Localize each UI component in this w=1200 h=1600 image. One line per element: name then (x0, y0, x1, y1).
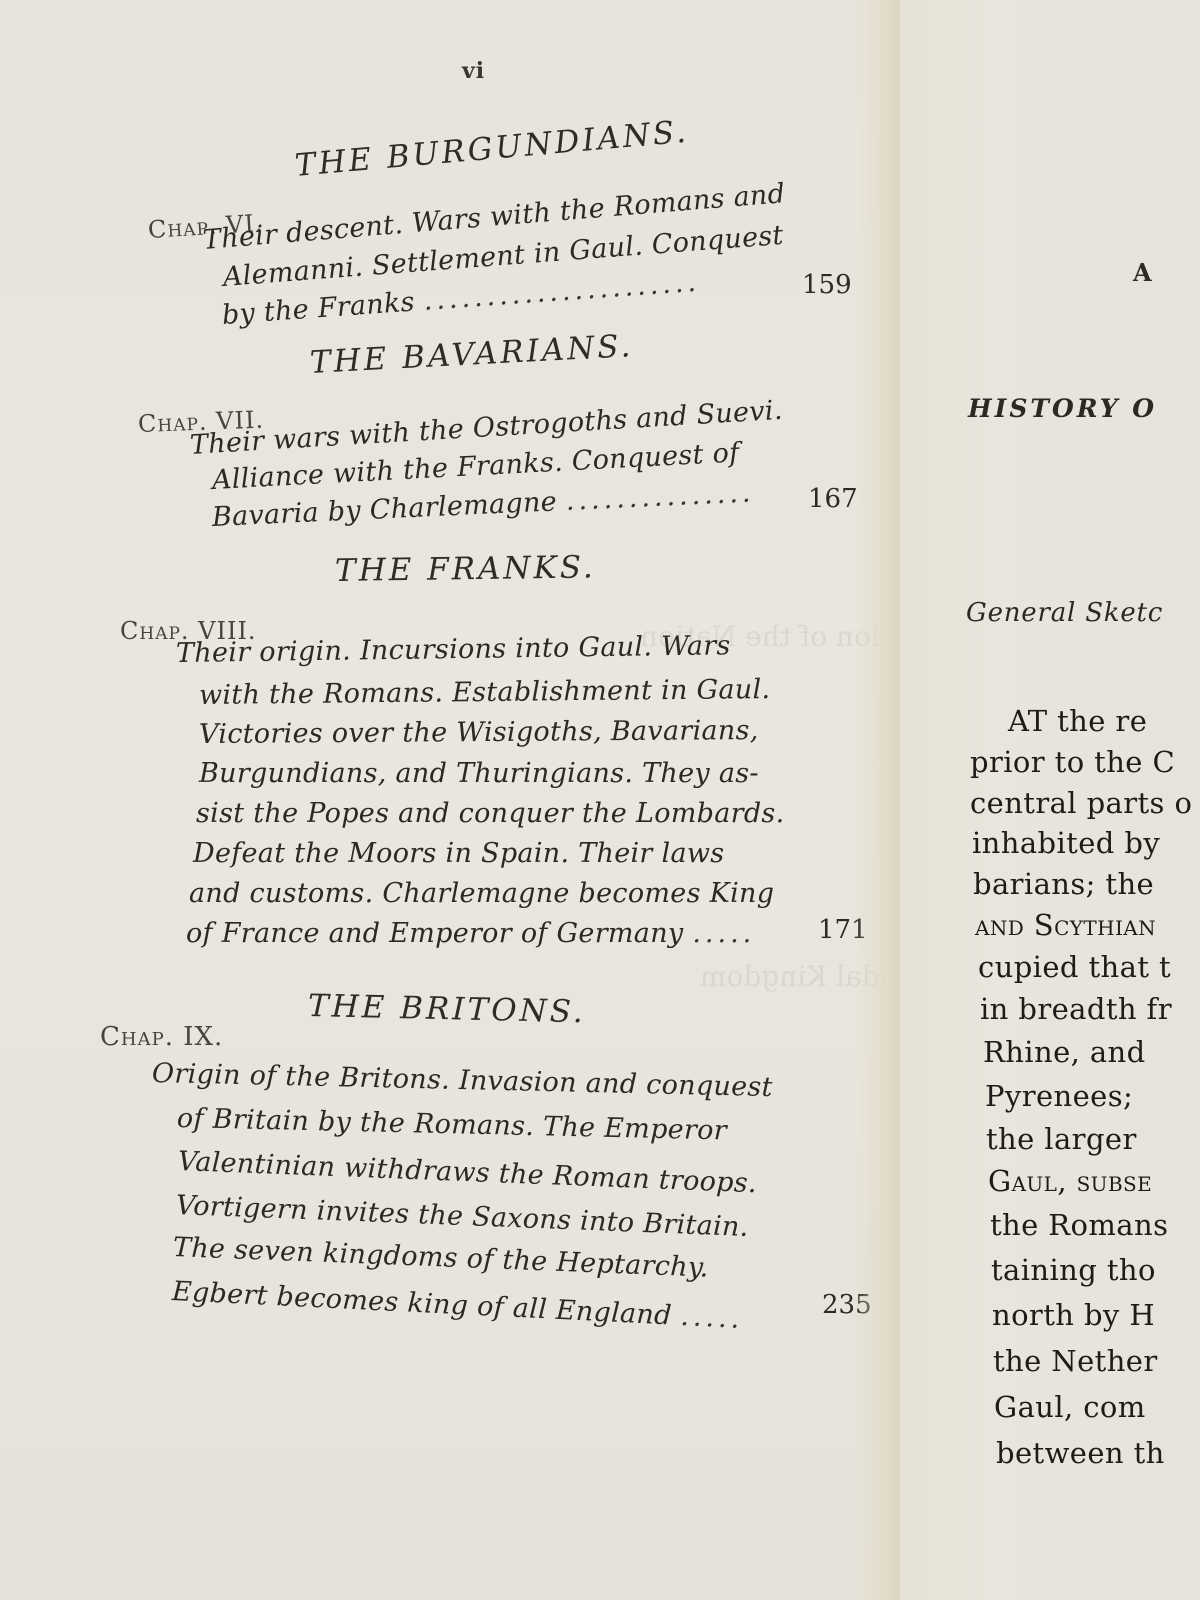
dot-leader: ..... (680, 1301, 744, 1335)
toc-line: and customs. Charlemagne becomes King (189, 878, 774, 909)
toc-line-text: by the Franks (221, 287, 416, 331)
toc-line: Burgundians, and Thuringians. They as- (199, 758, 759, 789)
toc-line: with the Romans. Establishment in Gaul. (199, 674, 771, 711)
toc-line-final: Egbert becomes king of all England ..... (171, 1276, 744, 1335)
body-line: in breadth fr (980, 992, 1172, 1026)
left-page-contents: Division of the Nation Downfall of the V… (0, 0, 880, 1600)
body-line: and Scythian (975, 908, 1156, 942)
body-line: the Romans (990, 1208, 1168, 1242)
toc-line-final: of France and Emperor of Germany ..... (186, 918, 755, 949)
body-line: Pyrenees; (985, 1079, 1133, 1113)
body-line: the Nether (993, 1344, 1158, 1378)
page-folio: vi (462, 58, 485, 84)
section-title-bavarians: THE BAVARIANS. (309, 328, 634, 381)
dot-leader: ............... (565, 477, 755, 517)
heading-letter: A (1133, 258, 1152, 287)
page-number-167: 167 (808, 484, 858, 514)
toc-line: Valentinian withdraws the Roman troops. (177, 1146, 757, 1199)
body-line: taining tho (991, 1253, 1156, 1287)
body-line: Gaul, com (994, 1390, 1146, 1424)
toc-line: Their origin. Incursions into Gaul. Wars (176, 630, 731, 669)
section-title-franks: THE FRANKS. (335, 549, 596, 589)
body-line: AT the re (1008, 704, 1147, 738)
page-number-159: 159 (802, 270, 852, 300)
body-line: Rhine, and (983, 1035, 1146, 1069)
body-line: the larger (986, 1122, 1137, 1156)
open-book-spread: Division of the Nation Downfall of the V… (0, 0, 1200, 1600)
body-line: inhabited by (972, 826, 1160, 860)
toc-line-text: Egbert becomes king of all England (171, 1276, 672, 1331)
toc-line: Victories over the Wisigoths, Bavarians, (199, 715, 759, 750)
dot-leader: ..... (692, 918, 755, 949)
chapter-title-fragment: HISTORY O (968, 394, 1157, 423)
body-line: between th (996, 1436, 1165, 1470)
toc-line: Defeat the Moors in Spain. Their laws (193, 838, 724, 869)
body-line: barians; the (973, 867, 1154, 901)
toc-line-text: of France and Emperor of Germany (186, 918, 683, 949)
body-line: central parts o (970, 786, 1192, 820)
chapter-subtitle-fragment: General Sketc (966, 598, 1163, 628)
body-line: Gaul, subse (988, 1164, 1152, 1198)
body-line: cupied that t (978, 950, 1171, 984)
body-line: prior to the C (970, 745, 1175, 779)
body-line: north by H (992, 1298, 1155, 1332)
toc-line-text: Bavaria by Charlemagne (211, 486, 557, 533)
toc-line: Origin of the Britons. Invasion and conq… (152, 1058, 773, 1103)
toc-line: sist the Popes and conquer the Lombards. (196, 798, 784, 829)
toc-line: The seven kingdoms of the Heptarchy. (172, 1232, 709, 1284)
toc-line: of Britain by the Romans. The Emperor (177, 1103, 728, 1146)
section-title-burgundians: THE BURGUNDIANS. (293, 114, 690, 184)
section-title-britons: THE BRITONS. (308, 988, 587, 1030)
chapter-label-ix: Chap. IX. (100, 1022, 223, 1052)
